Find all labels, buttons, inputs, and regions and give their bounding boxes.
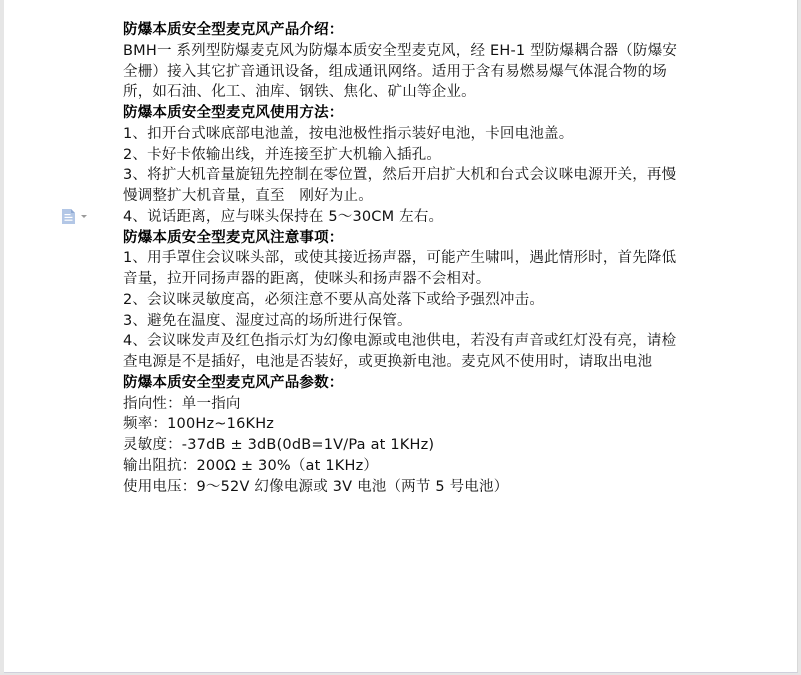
caution-item-3: 3、避免在温度、湿度过高的场所进行保管。: [123, 311, 683, 332]
caution-item-4: 4、会议咪发声及红色指示灯为幻像电源或电池供电，若没有声音或红灯没有亮，请检查电…: [123, 331, 683, 373]
usage-step-4: 4、说话距离，应与咪头保持在 5～30CM 左右。: [123, 207, 683, 228]
document-page[interactable]: 防爆本质安全型麦克风产品介绍： BMH一 系列型防爆麦克风为防爆本质安全型麦克风…: [4, 0, 798, 673]
section-heading-usage: 防爆本质安全型麦克风使用方法：: [123, 103, 683, 124]
spec-directivity: 指向性：单一指向: [123, 394, 683, 415]
caution-item-2: 2、会议咪灵敏度高，必须注意不要从高处落下或给予强烈冲击。: [123, 290, 683, 311]
caution-item-1: 1、用手罩住会议咪头部，或使其接近扬声器，可能产生啸叫，遇此情形时，首先降低音量…: [123, 248, 683, 290]
paragraph-options-button[interactable]: [62, 209, 88, 223]
usage-step-1: 1、扣开台式咪底部电池盖，按电池极性指示装好电池，卡回电池盖。: [123, 124, 683, 145]
section-heading-specs: 防爆本质安全型麦克风产品参数：: [123, 373, 683, 394]
chevron-down-icon: [81, 215, 87, 218]
document-viewport: 防爆本质安全型麦克风产品介绍： BMH一 系列型防爆麦克风为防爆本质安全型麦克风…: [0, 0, 801, 675]
section-heading-cautions: 防爆本质安全型麦克风注意事项：: [123, 228, 683, 249]
intro-paragraph: BMH一 系列型防爆麦克风为防爆本质安全型麦克风，经 EH-1 型防爆耦合器（防…: [123, 41, 683, 103]
document-paste-options-icon: [62, 209, 75, 224]
spec-sensitivity: 灵敏度：-37dB ± 3dB(0dB=1V/Pa at 1KHz): [123, 435, 683, 456]
spec-impedance: 输出阻抗：200Ω ± 30%（at 1KHz）: [123, 456, 683, 477]
spec-frequency: 频率：100Hz~16KHz: [123, 414, 683, 435]
spec-voltage: 使用电压：9～52V 幻像电源或 3V 电池（两节 5 号电池）: [123, 477, 683, 498]
section-heading-intro: 防爆本质安全型麦克风产品介绍：: [123, 20, 683, 41]
usage-step-2: 2、卡好卡侬输出线，并连接至扩大机输入插孔。: [123, 145, 683, 166]
usage-step-3: 3、将扩大机音量旋钮先控制在零位置，然后开启扩大机和台式会议咪电源开关，再慢慢调…: [123, 165, 683, 207]
document-body[interactable]: 防爆本质安全型麦克风产品介绍： BMH一 系列型防爆麦克风为防爆本质安全型麦克风…: [123, 20, 683, 497]
